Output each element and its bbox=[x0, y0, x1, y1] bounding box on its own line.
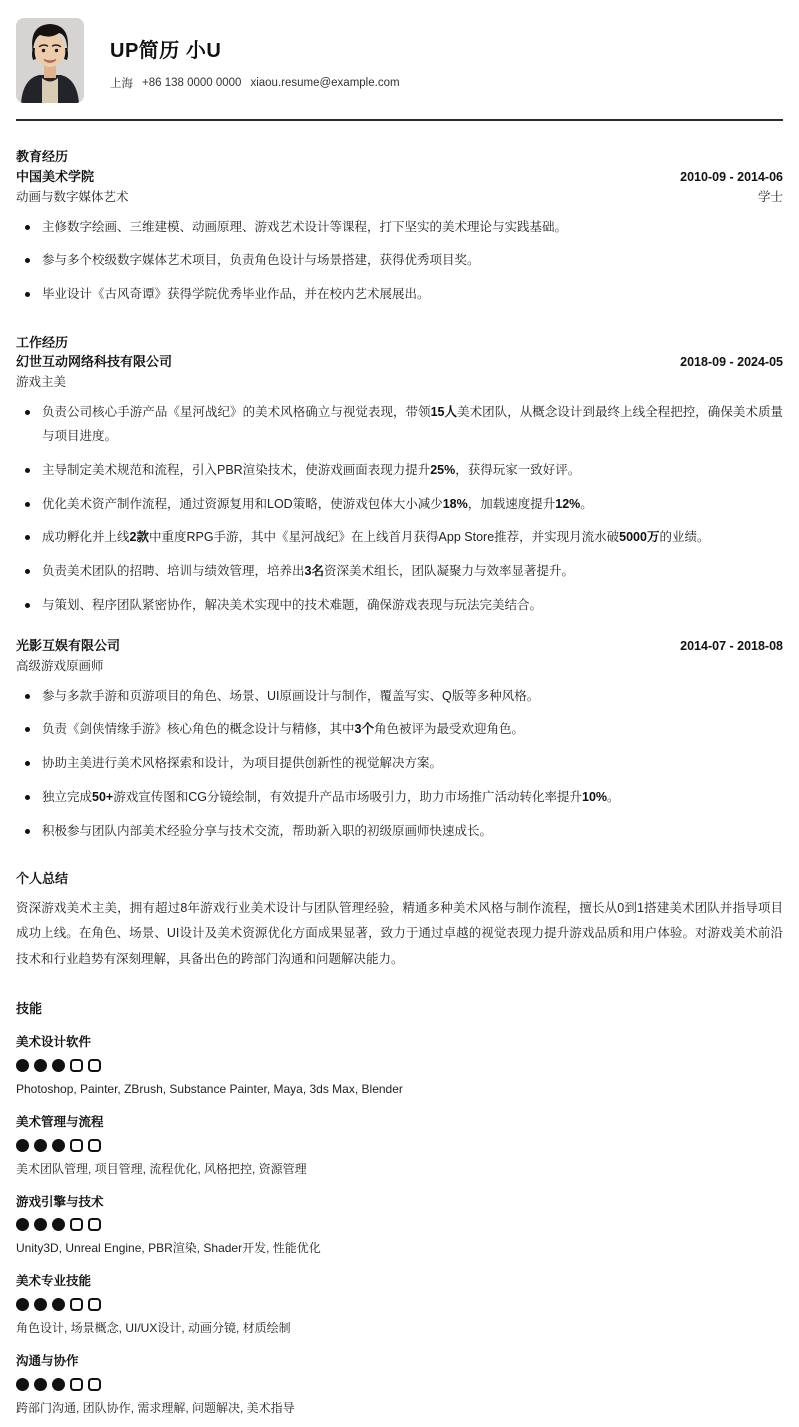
list-item: 毕业设计《古风奇谭》获得学院优秀毕业作品，并在校内艺术展展出。 bbox=[24, 283, 783, 307]
education-entry: 中国美术学院 2010-09 - 2014-06 动画与数字媒体艺术 学士 主修… bbox=[16, 167, 783, 307]
skill-rating bbox=[16, 1378, 783, 1391]
email-text: xiaou.resume@example.com bbox=[250, 77, 399, 89]
rating-dot-empty-icon bbox=[70, 1378, 83, 1391]
degree-name: 学士 bbox=[758, 187, 783, 207]
rating-dot-filled-icon bbox=[52, 1378, 65, 1391]
job1-company-row: 幻世互动网络科技有限公司 2018-09 - 2024-05 bbox=[16, 352, 783, 372]
skill-group-communication: 沟通与协作 跨部门沟通, 团队协作, 需求理解, 问题解决, 美术指导 bbox=[16, 1352, 783, 1417]
rating-dot-filled-icon bbox=[16, 1298, 29, 1311]
header-divider bbox=[16, 119, 783, 121]
list-item: 成功孵化并上线2款中重度RPG手游，其中《星河战纪》在上线首月获得App Sto… bbox=[24, 526, 783, 550]
skill-group-art-professional: 美术专业技能 角色设计, 场景概念, UI/UX设计, 动画分镜, 材质绘制 bbox=[16, 1272, 783, 1337]
location-text: 上海 bbox=[110, 75, 133, 91]
education-section: 教育经历 中国美术学院 2010-09 - 2014-06 动画与数字媒体艺术 … bbox=[16, 147, 783, 307]
skill-items: Photoshop, Painter, ZBrush, Substance Pa… bbox=[16, 1080, 783, 1098]
skill-group-name: 游戏引擎与技术 bbox=[16, 1193, 783, 1212]
skill-group-game-engine: 游戏引擎与技术 Unity3D, Unreal Engine, PBR渲染, S… bbox=[16, 1193, 783, 1258]
summary-section: 个人总结 资深游戏美术主美，拥有超过8年游戏行业美术设计与团队管理经验，精通多种… bbox=[16, 869, 783, 972]
job2-title-row: 高级游戏原画师 bbox=[16, 656, 783, 676]
list-item: 与策划、程序团队紧密协作，解决美术实现中的技术难题，确保游戏表现与玩法完美结合。 bbox=[24, 594, 783, 618]
skills-heading: 技能 bbox=[16, 999, 783, 1019]
resume-page: UP简历 小U 上海 +86 138 0000 0000 xiaou.resum… bbox=[0, 0, 799, 1427]
rating-dot-filled-icon bbox=[34, 1378, 47, 1391]
rating-dot-empty-icon bbox=[88, 1298, 101, 1311]
job-date: 2018-09 - 2024-05 bbox=[680, 352, 783, 372]
education-school-row: 中国美术学院 2010-09 - 2014-06 bbox=[16, 167, 783, 187]
skill-group-name: 美术管理与流程 bbox=[16, 1113, 783, 1132]
rating-dot-empty-icon bbox=[70, 1218, 83, 1231]
skill-rating bbox=[16, 1298, 783, 1311]
summary-heading: 个人总结 bbox=[16, 869, 783, 889]
rating-dot-filled-icon bbox=[16, 1378, 29, 1391]
rating-dot-filled-icon bbox=[16, 1139, 29, 1152]
rating-dot-filled-icon bbox=[52, 1139, 65, 1152]
rating-dot-filled-icon bbox=[34, 1059, 47, 1072]
phone-text: +86 138 0000 0000 bbox=[142, 77, 241, 89]
list-item: 参与多款手游和页游项目的角色、场景、UI原画设计与制作，覆盖写实、Q版等多种风格… bbox=[24, 685, 783, 709]
education-date: 2010-09 - 2014-06 bbox=[680, 167, 783, 187]
major-name: 动画与数字媒体艺术 bbox=[16, 187, 129, 207]
education-heading: 教育经历 bbox=[16, 147, 783, 167]
job1-title-row: 游戏主美 bbox=[16, 372, 783, 392]
portrait-illustration bbox=[16, 18, 84, 103]
skill-group-name: 美术设计软件 bbox=[16, 1033, 783, 1052]
rating-dot-empty-icon bbox=[88, 1059, 101, 1072]
skill-items: 跨部门沟通, 团队协作, 需求理解, 问题解决, 美术指导 bbox=[16, 1399, 783, 1417]
header-identity: UP简历 小U 上海 +86 138 0000 0000 xiaou.resum… bbox=[110, 18, 400, 91]
skill-items: 角色设计, 场景概念, UI/UX设计, 动画分镜, 材质绘制 bbox=[16, 1319, 783, 1337]
school-name: 中国美术学院 bbox=[16, 167, 94, 187]
skill-group-art-management: 美术管理与流程 美术团队管理, 项目管理, 流程优化, 风格把控, 资源管理 bbox=[16, 1113, 783, 1178]
list-item: 积极参与团队内部美术经验分享与技术交流，帮助新入职的初级原画师快速成长。 bbox=[24, 820, 783, 844]
rating-dot-empty-icon bbox=[88, 1378, 101, 1391]
rating-dot-filled-icon bbox=[34, 1298, 47, 1311]
job-title: 游戏主美 bbox=[16, 372, 66, 392]
company-name: 光影互娱有限公司 bbox=[16, 636, 120, 656]
job2-company-row: 光影互娱有限公司 2014-07 - 2018-08 bbox=[16, 636, 783, 656]
rating-dot-filled-icon bbox=[52, 1059, 65, 1072]
skill-group-art-software: 美术设计软件 Photoshop, Painter, ZBrush, Subst… bbox=[16, 1033, 783, 1098]
list-item: 负责美术团队的招聘、培训与绩效管理，培养出3名资深美术组长，团队凝聚力与效率显著… bbox=[24, 560, 783, 584]
skill-rating bbox=[16, 1059, 783, 1072]
skill-group-name: 沟通与协作 bbox=[16, 1352, 783, 1371]
list-item: 负责公司核心手游产品《星河战纪》的美术风格确立与视觉表现，带领15人美术团队，从… bbox=[24, 401, 783, 449]
job-title: 高级游戏原画师 bbox=[16, 656, 104, 676]
skills-section: 技能 美术设计软件 Photoshop, Painter, ZBrush, Su… bbox=[16, 999, 783, 1417]
company-name: 幻世互动网络科技有限公司 bbox=[16, 352, 172, 372]
experience-section: 工作经历 幻世互动网络科技有限公司 2018-09 - 2024-05 游戏主美… bbox=[16, 333, 783, 844]
skill-items: Unity3D, Unreal Engine, PBR渲染, Shader开发,… bbox=[16, 1239, 783, 1257]
skill-group-name: 美术专业技能 bbox=[16, 1272, 783, 1291]
job1-bullet-list: 负责公司核心手游产品《星河战纪》的美术风格确立与视觉表现，带领15人美术团队，从… bbox=[24, 401, 783, 617]
list-item: 优化美术资产制作流程，通过资源复用和LOD策略，使游戏包体大小减少18%，加载速… bbox=[24, 493, 783, 517]
summary-text: 资深游戏美术主美，拥有超过8年游戏行业美术设计与团队管理经验，精通多种美术风格与… bbox=[16, 896, 783, 973]
contact-line: 上海 +86 138 0000 0000 xiaou.resume@exampl… bbox=[110, 75, 400, 91]
rating-dot-filled-icon bbox=[16, 1059, 29, 1072]
list-item: 独立完成50+游戏宣传图和CG分镜绘制，有效提升产品市场吸引力，助力市场推广活动… bbox=[24, 786, 783, 810]
rating-dot-empty-icon bbox=[88, 1139, 101, 1152]
candidate-name: UP简历 小U bbox=[110, 34, 400, 63]
rating-dot-empty-icon bbox=[70, 1139, 83, 1152]
list-item: 主导制定美术规范和流程，引入PBR渲染技术，使游戏画面表现力提升25%，获得玩家… bbox=[24, 459, 783, 483]
rating-dot-filled-icon bbox=[16, 1218, 29, 1231]
job-entry-2: 光影互娱有限公司 2014-07 - 2018-08 高级游戏原画师 参与多款手… bbox=[16, 636, 783, 844]
skill-rating bbox=[16, 1139, 783, 1152]
list-item: 参与多个校级数字媒体艺术项目，负责角色设计与场景搭建，获得优秀项目奖。 bbox=[24, 249, 783, 273]
rating-dot-empty-icon bbox=[70, 1298, 83, 1311]
job-date: 2014-07 - 2018-08 bbox=[680, 636, 783, 656]
skill-items: 美术团队管理, 项目管理, 流程优化, 风格把控, 资源管理 bbox=[16, 1160, 783, 1178]
list-item: 主修数字绘画、三维建模、动画原理、游戏艺术设计等课程，打下坚实的美术理论与实践基… bbox=[24, 216, 783, 240]
rating-dot-empty-icon bbox=[88, 1218, 101, 1231]
profile-photo bbox=[16, 18, 84, 103]
rating-dot-filled-icon bbox=[34, 1139, 47, 1152]
rating-dot-filled-icon bbox=[34, 1218, 47, 1231]
rating-dot-filled-icon bbox=[52, 1298, 65, 1311]
skill-rating bbox=[16, 1218, 783, 1231]
experience-heading: 工作经历 bbox=[16, 333, 783, 353]
job-entry-1: 幻世互动网络科技有限公司 2018-09 - 2024-05 游戏主美 负责公司… bbox=[16, 352, 783, 617]
job2-bullet-list: 参与多款手游和页游项目的角色、场景、UI原画设计与制作，覆盖写实、Q版等多种风格… bbox=[24, 685, 783, 844]
education-major-row: 动画与数字媒体艺术 学士 bbox=[16, 187, 783, 207]
rating-dot-filled-icon bbox=[52, 1218, 65, 1231]
list-item: 协助主美进行美术风格探索和设计，为项目提供创新性的视觉解决方案。 bbox=[24, 752, 783, 776]
rating-dot-empty-icon bbox=[70, 1059, 83, 1072]
education-bullet-list: 主修数字绘画、三维建模、动画原理、游戏艺术设计等课程，打下坚实的美术理论与实践基… bbox=[24, 216, 783, 307]
list-item: 负责《剑侠情缘手游》核心角色的概念设计与精修，其中3个角色被评为最受欢迎角色。 bbox=[24, 718, 783, 742]
resume-header: UP简历 小U 上海 +86 138 0000 0000 xiaou.resum… bbox=[16, 18, 783, 103]
